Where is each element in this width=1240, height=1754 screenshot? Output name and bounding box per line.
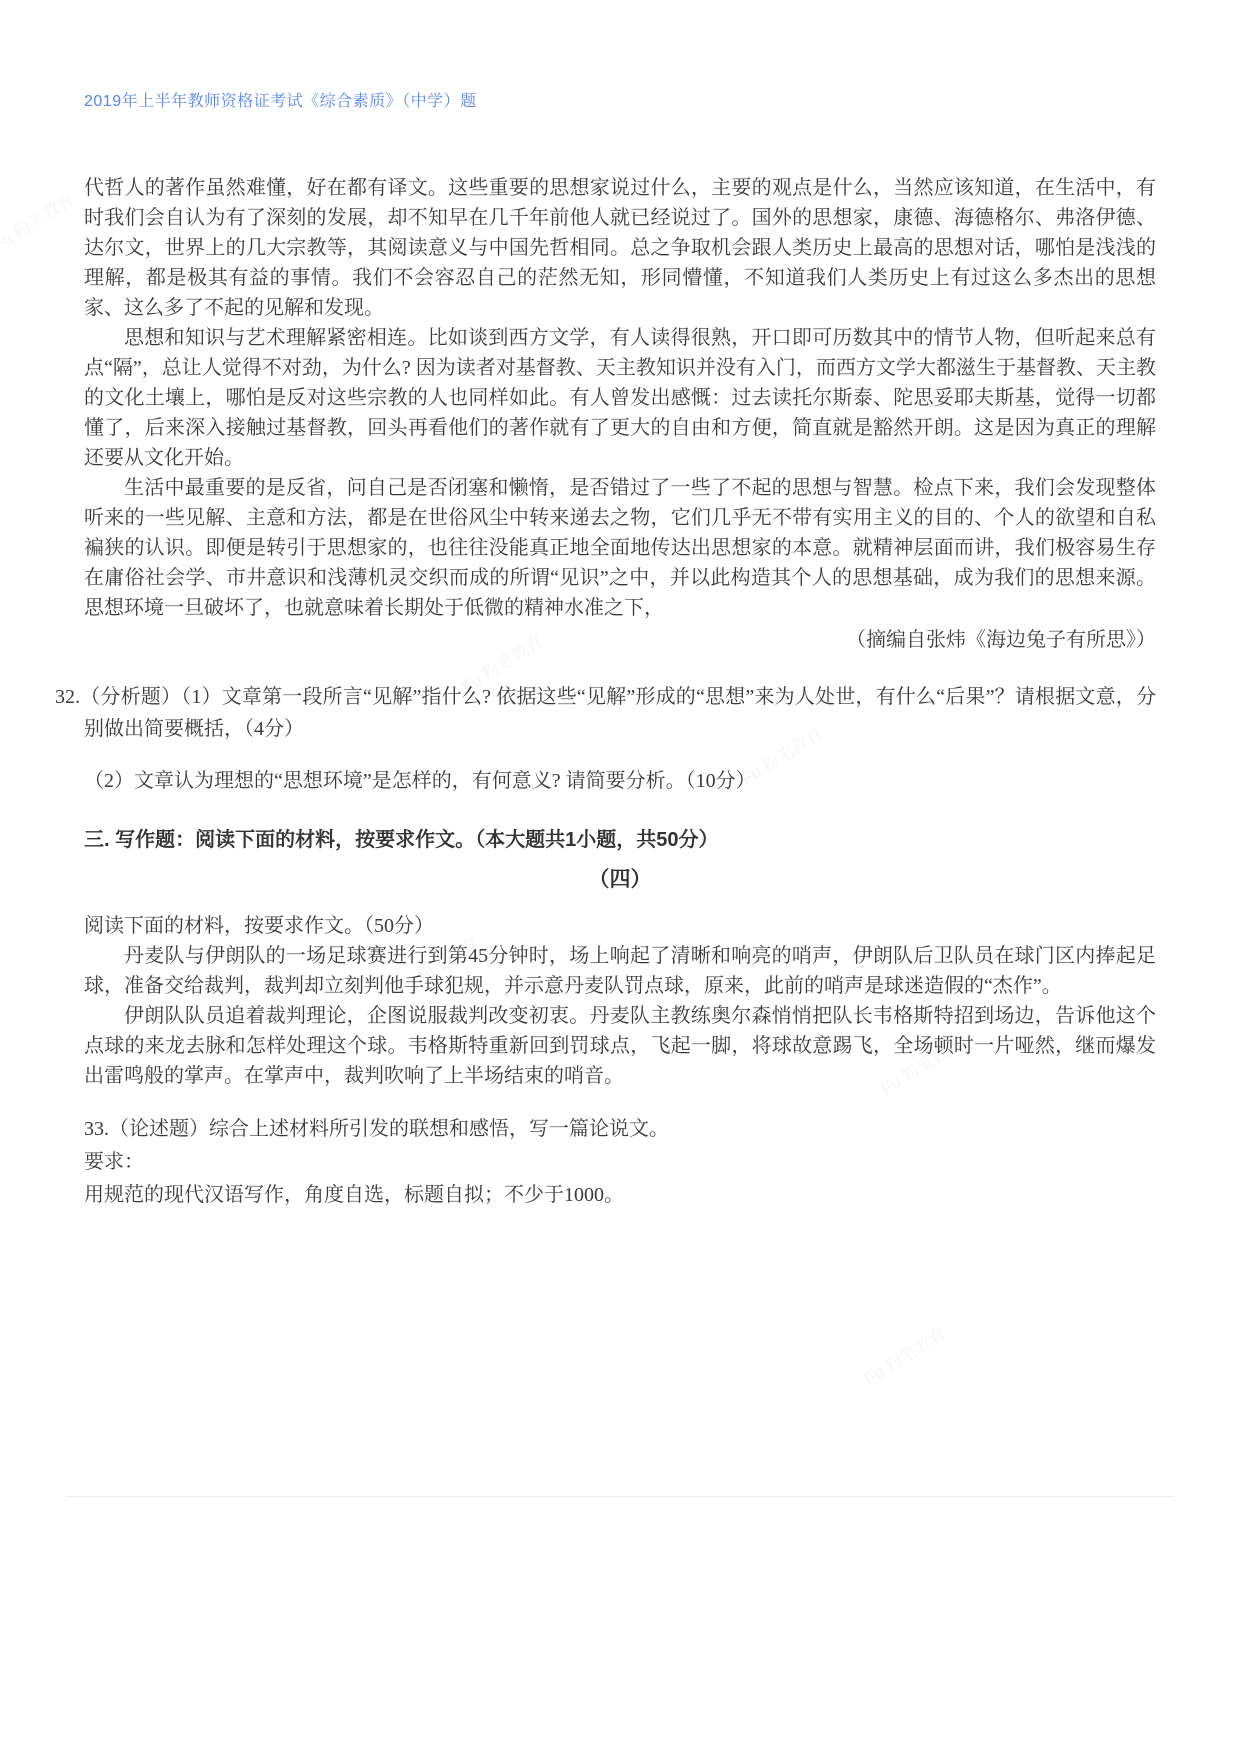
section-3-heading: 三. 写作题：阅读下面的材料，按要求作文。（本大题共1小题，共50分） <box>84 825 1156 855</box>
material-paragraph-2: 伊朗队队员追着裁判理论，企图说服裁判改变初衷。丹麦队主教练奥尔森悄悄把队长韦格斯… <box>84 1001 1156 1091</box>
passage-paragraph-1: 代哲人的著作虽然难懂，好在都有译文。这些重要的思想家说过什么，主要的观点是什么，… <box>84 173 1156 323</box>
question-32-part-2: （2）文章认为理想的“思想环境”是怎样的，有何意义? 请简要分析。（10分） <box>84 765 1156 797</box>
passage-attribution: （摘编自张炜《海边兔子有所思》） <box>84 625 1156 655</box>
passage-paragraph-3: 生活中最重要的是反省，问自己是否闭塞和懒惰，是否错过了一些了不起的思想与智慧。检… <box>84 473 1156 623</box>
question-33-requirements-label: 要求： <box>84 1146 1156 1179</box>
question-32: 32.（分析题）（1）文章第一段所言“见解”指什么? 依据这些“见解”形成的“思… <box>84 681 1156 797</box>
reading-passage: 代哲人的著作虽然难懂，好在都有译文。这些重要的思想家说过什么，主要的观点是什么，… <box>84 173 1156 623</box>
question-33: 33.（论述题）综合上述材料所引发的联想和感悟，写一篇论说文。 要求： 用规范的… <box>84 1113 1156 1212</box>
watermark: Fu 粉笔教育 <box>0 185 78 255</box>
footer-divider <box>66 1496 1174 1497</box>
question-32-part-1: 32.（分析题）（1）文章第一段所言“见解”指什么? 依据这些“见解”形成的“思… <box>55 681 1156 745</box>
essay-material: 阅读下面的材料，按要求作文。（50分） 丹麦队与伊朗队的一场足球赛进行到第45分… <box>84 911 1156 1091</box>
question-33-text: 33.（论述题）综合上述材料所引发的联想和感悟，写一篇论说文。 <box>84 1113 1156 1146</box>
exam-paper-page: Fu 粉笔教育 Fu 粉笔教育 Fu 粉笔教育 Fu 粉笔教育 Fu 粉笔教育 … <box>0 0 1240 1754</box>
page-title: 2019年上半年教师资格证考试《综合素质》（中学）题 <box>84 88 1156 111</box>
material-paragraph-1: 丹麦队与伊朗队的一场足球赛进行到第45分钟时，场上响起了清晰和响亮的哨声，伊朗队… <box>84 941 1156 1001</box>
question-33-requirements-text: 用规范的现代汉语写作，角度自选，标题自拟；不少于1000。 <box>84 1179 1156 1212</box>
watermark: Fu 粉笔教育 <box>858 1319 950 1389</box>
section-3-subheading: （四） <box>84 863 1156 893</box>
essay-intro: 阅读下面的材料，按要求作文。（50分） <box>84 911 1156 941</box>
passage-paragraph-2: 思想和知识与艺术理解紧密相连。比如谈到西方文学，有人读得很熟，开口即可历数其中的… <box>84 323 1156 473</box>
page-content: 2019年上半年教师资格证考试《综合素质》（中学）题 代哲人的著作虽然难懂，好在… <box>84 0 1156 1212</box>
